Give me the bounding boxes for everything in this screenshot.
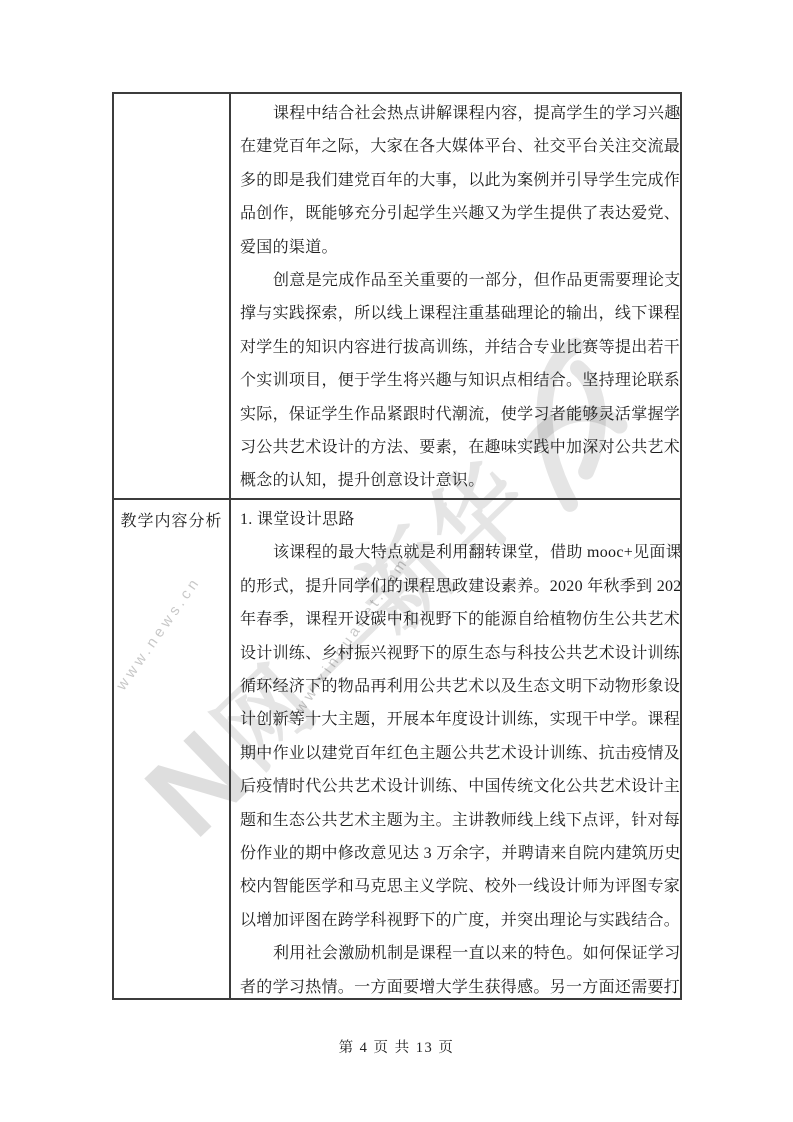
text-line: 校内智能医学和马克思主义学院、校外一线设计师为评图专家， [240, 870, 668, 903]
table-row-continuation: 课程中结合社会热点讲解课程内容，提高学生的学习兴趣。在建党百年之际，大家在各大媒… [114, 94, 680, 498]
text-line: 实际，保证学生作品紧跟时代潮流，使学习者能够灵活掌握学 [240, 398, 668, 431]
text-line: 对学生的知识内容进行拔高训练，并结合专业比赛等提出若干 [240, 331, 668, 364]
section-heading: 1. 课堂设计思路 [240, 503, 668, 536]
text-line: 年春季，课程开设碳中和视野下的能源自给植物仿生公共艺术 [240, 603, 668, 636]
document-page: www.news.cn www.xinhuanet.com N 网—新华 课程中… [0, 0, 793, 1122]
text-line: 者的学习热情。一方面要增大学生获得感。另一方面还需要打 [240, 971, 668, 998]
content-cell-analysis: 1. 课堂设计思路 该课程的最大特点就是利用翻转课堂，借助 mooc+见面课的形… [231, 500, 680, 998]
paragraph: 课程中结合社会热点讲解课程内容，提高学生的学习兴趣。在建党百年之际，大家在各大媒… [240, 97, 668, 264]
text-line: 在建党百年之际，大家在各大媒体平台、社交平台关注交流最 [240, 130, 668, 163]
paragraph: 该课程的最大特点就是利用翻转课堂，借助 mooc+见面课的形式，提升同学们的课程… [240, 536, 668, 937]
text-line: 课程中结合社会热点讲解课程内容，提高学生的学习兴趣。 [240, 97, 668, 130]
text-line: 该课程的最大特点就是利用翻转课堂，借助 mooc+见面课 [240, 536, 668, 569]
text-line: 爱国的渠道。 [240, 231, 668, 264]
text-line: 的形式，提升同学们的课程思政建设素养。2020 年秋季到 2021 [240, 570, 668, 603]
paragraph: 创意是完成作品至关重要的一部分，但作品更需要理论支撑与实践探索，所以线上课程注重… [240, 264, 668, 498]
text-line: 设计训练、乡村振兴视野下的原生态与科技公共艺术设计训练、 [240, 637, 668, 670]
text-line: 利用社会激励机制是课程一直以来的特色。如何保证学习 [240, 937, 668, 970]
text-line: 个实训项目，便于学生将兴趣与知识点相结合。坚持理论联系 [240, 364, 668, 397]
page-number-text: 第 4 页 共 13 页 [339, 1040, 455, 1056]
label-cell-analysis: 教学内容分析 [114, 500, 231, 998]
page-footer: 第 4 页 共 13 页 [0, 1036, 793, 1057]
text-line: 循环经济下的物品再利用公共艺术以及生态文明下动物形象设 [240, 670, 668, 703]
content-cell-continuation: 课程中结合社会热点讲解课程内容，提高学生的学习兴趣。在建党百年之际，大家在各大媒… [231, 94, 680, 498]
text-line: 期中作业以建党百年红色主题公共艺术设计训练、抗击疫情及 [240, 737, 668, 770]
row-label: 教学内容分析 [120, 513, 222, 530]
text-line: 品创作，既能够充分引起学生兴趣又为学生提供了表达爱党、 [240, 197, 668, 230]
text-line: 题和生态公共艺术主题为主。主讲教师线上线下点评，针对每 [240, 804, 668, 837]
doc-table: 课程中结合社会热点讲解课程内容，提高学生的学习兴趣。在建党百年之际，大家在各大媒… [112, 92, 682, 1000]
text-line: 概念的认知，提升创意设计意识。 [240, 464, 668, 497]
text-line: 份作业的期中修改意见达 3 万余字，并聘请来自院内建筑历史、 [240, 837, 668, 870]
text-line: 撑与实践探索，所以线上课程注重基础理论的输出，线下课程 [240, 297, 668, 330]
label-cell-empty [114, 94, 231, 498]
text-line: 后疫情时代公共艺术设计训练、中国传统文化公共艺术设计主 [240, 770, 668, 803]
paragraph: 利用社会激励机制是课程一直以来的特色。如何保证学习者的学习热情。一方面要增大学生… [240, 937, 668, 998]
text-line: 以增加评图在跨学科视野下的广度，并突出理论与实践结合。 [240, 904, 668, 937]
analysis-paragraphs: 该课程的最大特点就是利用翻转课堂，借助 mooc+见面课的形式，提升同学们的课程… [240, 536, 668, 998]
text-line: 多的即是我们建党百年的大事，以此为案例并引导学生完成作 [240, 164, 668, 197]
table-row-analysis: 教学内容分析 1. 课堂设计思路 该课程的最大特点就是利用翻转课堂，借助 moo… [114, 498, 680, 998]
text-line: 习公共艺术设计的方法、要素，在趣味实践中加深对公共艺术 [240, 431, 668, 464]
text-line: 计创新等十大主题，开展本年度设计训练，实现干中学。课程 [240, 703, 668, 736]
text-line: 创意是完成作品至关重要的一部分，但作品更需要理论支 [240, 264, 668, 297]
